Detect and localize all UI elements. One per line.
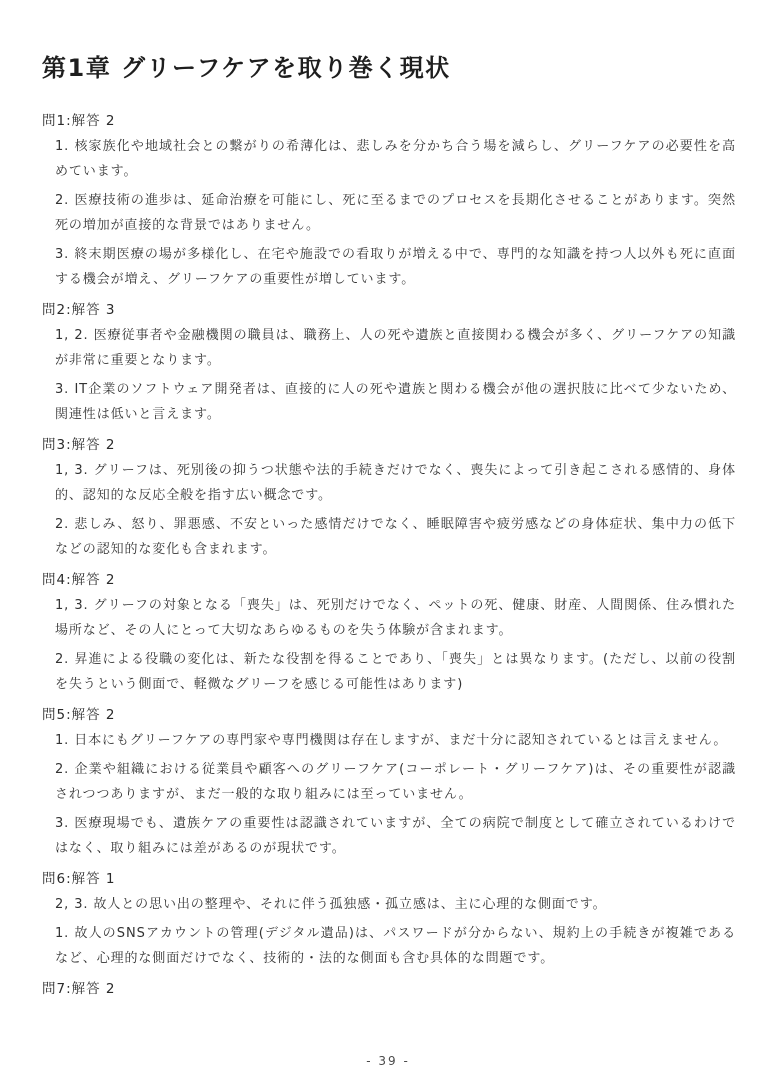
question-answer-label: 問5:解答 2 [42, 703, 736, 728]
explanation-paragraph: 2. 医療技術の進歩は、延命治療を可能にし、死に至るまでのプロセスを長期化させる… [42, 188, 736, 238]
question-block-7: 問7:解答 2 [42, 977, 736, 1002]
explanation-paragraph: 1, 3. グリーフは、死別後の抑うつ状態や法的手続きだけでなく、喪失によって引… [42, 458, 736, 508]
explanation-paragraph: 2, 3. 故人との思い出の整理や、それに伴う孤独感・孤立感は、主に心理的な側面… [42, 892, 736, 917]
question-block-1: 問1:解答 2 1. 核家族化や地域社会との繋がりの希薄化は、悲しみを分かち合う… [42, 109, 736, 292]
question-block-4: 問4:解答 2 1, 3. グリーフの対象となる「喪失」は、死別だけでなく、ペッ… [42, 568, 736, 697]
explanation-paragraph: 1, 3. グリーフの対象となる「喪失」は、死別だけでなく、ペットの死、健康、財… [42, 593, 736, 643]
explanation-paragraph: 1. 核家族化や地域社会との繋がりの希薄化は、悲しみを分かち合う場を減らし、グリ… [42, 134, 736, 184]
explanation-paragraph: 2. 昇進による役職の変化は、新たな役割を得ることであり、「喪失」とは異なります… [42, 647, 736, 697]
explanation-paragraph: 3. 終末期医療の場が多様化し、在宅や施設での看取りが増える中で、専門的な知識を… [42, 242, 736, 292]
question-answer-label: 問2:解答 3 [42, 298, 736, 323]
explanation-paragraph: 2. 企業や組織における従業員や顧客へのグリーフケア(コーポレート・グリーフケア… [42, 757, 736, 807]
question-block-5: 問5:解答 2 1. 日本にもグリーフケアの専門家や専門機関は存在しますが、まだ… [42, 703, 736, 861]
document-page: 第1章 グリーフケアを取り巻く現状 問1:解答 2 1. 核家族化や地域社会との… [0, 0, 776, 1080]
explanation-paragraph: 2. 悲しみ、怒り、罪悪感、不安といった感情だけでなく、睡眠障害や疲労感などの身… [42, 512, 736, 562]
explanation-paragraph: 1. 故人のSNSアカウントの管理(デジタル遺品)は、パスワードが分からない、規… [42, 921, 736, 971]
question-answer-label: 問7:解答 2 [42, 977, 736, 1002]
question-block-2: 問2:解答 3 1, 2. 医療従事者や金融機関の職員は、職務上、人の死や遺族と… [42, 298, 736, 427]
explanation-paragraph: 1, 2. 医療従事者や金融機関の職員は、職務上、人の死や遺族と直接関わる機会が… [42, 323, 736, 373]
question-block-6: 問6:解答 1 2, 3. 故人との思い出の整理や、それに伴う孤独感・孤立感は、… [42, 867, 736, 971]
question-answer-label: 問1:解答 2 [42, 109, 736, 134]
question-block-3: 問3:解答 2 1, 3. グリーフは、死別後の抑うつ状態や法的手続きだけでなく… [42, 433, 736, 562]
question-answer-label: 問3:解答 2 [42, 433, 736, 458]
explanation-paragraph: 1. 日本にもグリーフケアの専門家や専門機関は存在しますが、まだ十分に認知されて… [42, 728, 736, 753]
question-answer-label: 問4:解答 2 [42, 568, 736, 593]
chapter-title: 第1章 グリーフケアを取り巻く現状 [42, 52, 736, 84]
page-number: - 39 - [0, 1054, 776, 1068]
explanation-paragraph: 3. IT企業のソフトウェア開発者は、直接的に人の死や遺族と関わる機会が他の選択… [42, 377, 736, 427]
question-answer-label: 問6:解答 1 [42, 867, 736, 892]
explanation-paragraph: 3. 医療現場でも、遺族ケアの重要性は認識されていますが、全ての病院で制度として… [42, 811, 736, 861]
